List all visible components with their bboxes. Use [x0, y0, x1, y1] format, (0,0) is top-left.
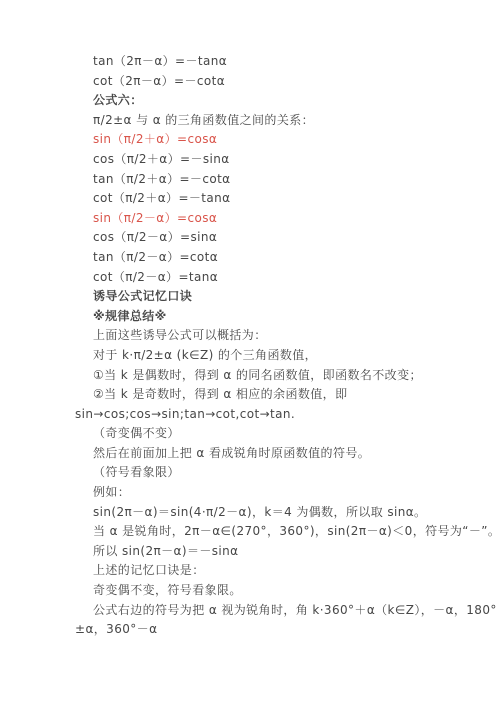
doc-line: cot（2π－α）=－cotα — [75, 72, 475, 92]
doc-line: （符号看象限） — [75, 463, 475, 483]
doc-line: sin→cos;cos→sin;tan→cot,cot→tan. — [75, 405, 475, 425]
doc-line: ①当 k 是偶数时，得到 α 的同名函数值，即函数名不改变； — [75, 366, 475, 386]
doc-line: sin（π/2－α）=cosα — [75, 209, 475, 229]
doc-line: tan（π/2－α）=cotα — [75, 248, 475, 268]
doc-line: cot（π/2－α）=tanα — [75, 268, 475, 288]
doc-line: ※规律总结※ — [75, 307, 475, 327]
doc-line: 奇变偶不变，符号看象限。 — [75, 581, 475, 601]
doc-line: 上面这些诱导公式可以概括为： — [75, 326, 475, 346]
doc-line: 对于 k·π/2±α (k∈Z) 的个三角函数值， — [75, 346, 475, 366]
doc-line: 公式六： — [75, 91, 475, 111]
document-content: tan（2π－α）=－tanαcot（2π－α）=－cotα公式六：π/2±α … — [75, 52, 475, 640]
doc-line: 当 α 是锐角时，2π－α∈(270°，360°)，sin(2π－α)＜0，符号… — [75, 522, 475, 542]
doc-line: 诱导公式记忆口诀 — [75, 287, 475, 307]
doc-line: 上述的记忆口诀是： — [75, 561, 475, 581]
doc-line: 例如： — [75, 483, 475, 503]
doc-line: π/2±α 与 α 的三角函数值之间的关系： — [75, 111, 475, 131]
doc-line: sin（π/2＋α）=cosα — [75, 130, 475, 150]
doc-line: 公式右边的符号为把 α 视为锐角时，角 k·360°＋α（k∈Z），－α，180… — [75, 601, 475, 621]
doc-line: cos（π/2－α）=sinα — [75, 228, 475, 248]
doc-line: 然后在前面加上把 α 看成锐角时原函数值的符号。 — [75, 444, 475, 464]
doc-line: ±α，360°－α — [75, 620, 475, 640]
doc-line: sin(2π－α)＝sin(4·π/2－α)，k＝4 为偶数，所以取 sinα。 — [75, 503, 475, 523]
doc-line: ②当 k 是奇数时，得到 α 相应的余函数值，即 — [75, 385, 475, 405]
doc-line: tan（π/2＋α）=－cotα — [75, 170, 475, 190]
doc-line: cot（π/2＋α）=－tanα — [75, 189, 475, 209]
doc-line: tan（2π－α）=－tanα — [75, 52, 475, 72]
document-page: tan（2π－α）=－tanαcot（2π－α）=－cotα公式六：π/2±α … — [0, 0, 500, 708]
doc-line: cos（π/2＋α）=－sinα — [75, 150, 475, 170]
doc-line: 所以 sin(2π－α)＝－sinα — [75, 542, 475, 562]
doc-line: （奇变偶不变） — [75, 424, 475, 444]
